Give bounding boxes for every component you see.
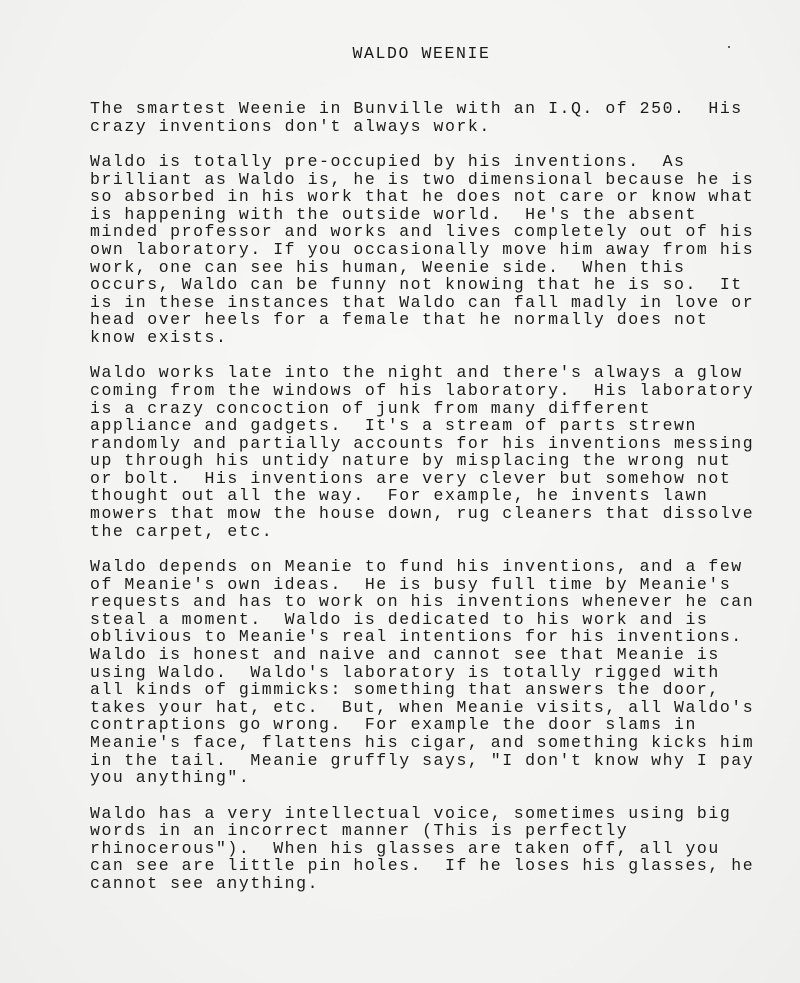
text-line: appliance and gadgets. It's a stream of … [90,417,770,435]
text-line: thought out all the way. For example, he… [90,487,770,505]
text-line: of Meanie's own ideas. He is busy full t… [90,576,770,594]
text-line: in the tail. Meanie gruffly says, "I don… [90,752,770,770]
paragraph: Waldo has a very intellectual voice, som… [90,805,770,893]
paragraph: The smartest Weenie in Bunville with an … [90,100,770,135]
text-line: randomly and partially accounts for his … [90,435,770,453]
text-line: work, one can see his human, Weenie side… [90,259,770,277]
text-line: brilliant as Waldo is, he is two dimensi… [90,171,770,189]
document-body: The smartest Weenie in Bunville with an … [90,100,770,910]
document-title: WALDO WEENIE [0,45,800,63]
paragraph: Waldo works late into the night and ther… [90,364,770,540]
text-line: requests and has to work on his inventio… [90,593,770,611]
text-line: Waldo is honest and naive and cannot see… [90,646,770,664]
typewritten-page: WALDO WEENIE The smartest Weenie in Bunv… [0,0,800,983]
text-line: coming from the windows of his laborator… [90,382,770,400]
text-line: takes your hat, etc. But, when Meanie vi… [90,699,770,717]
text-line: is in these instances that Waldo can fal… [90,294,770,312]
text-line: is a crazy concoction of junk from many … [90,400,770,418]
text-line: crazy inventions don't always work. [90,118,770,136]
text-line: oblivious to Meanie's real intentions fo… [90,628,770,646]
text-line: Waldo is totally pre-occupied by his inv… [90,153,770,171]
text-line: so absorbed in his work that he does not… [90,188,770,206]
text-line: is happening with the outside world. He'… [90,206,770,224]
text-line: you anything". [90,769,770,787]
text-line: head over heels for a female that he nor… [90,311,770,329]
paragraph: Waldo depends on Meanie to fund his inve… [90,558,770,787]
text-line: all kinds of gimmicks: something that an… [90,681,770,699]
text-line: know exists. [90,329,770,347]
text-line: rhinocerous"). When his glasses are take… [90,840,770,858]
text-line: can see are little pin holes. If he lose… [90,857,770,875]
text-line: or bolt. His inventions are very clever … [90,470,770,488]
text-line: the carpet, etc. [90,523,770,541]
text-line: up through his untidy nature by misplaci… [90,452,770,470]
text-line: cannot see anything. [90,875,770,893]
text-line: Waldo works late into the night and ther… [90,364,770,382]
text-line: Waldo has a very intellectual voice, som… [90,805,770,823]
text-line: words in an incorrect manner (This is pe… [90,822,770,840]
text-line: mowers that mow the house down, rug clea… [90,505,770,523]
text-line: own laboratory. If you occasionally move… [90,241,770,259]
text-line: contraptions go wrong. For example the d… [90,716,770,734]
text-line: occurs, Waldo can be funny not knowing t… [90,276,770,294]
text-line: The smartest Weenie in Bunville with an … [90,100,770,118]
text-line: Meanie's face, flattens his cigar, and s… [90,734,770,752]
text-line: using Waldo. Waldo's laboratory is total… [90,664,770,682]
paragraph: Waldo is totally pre-occupied by his inv… [90,153,770,347]
text-line: Waldo depends on Meanie to fund his inve… [90,558,770,576]
text-line: minded professor and works and lives com… [90,223,770,241]
text-line: steal a moment. Waldo is dedicated to hi… [90,611,770,629]
